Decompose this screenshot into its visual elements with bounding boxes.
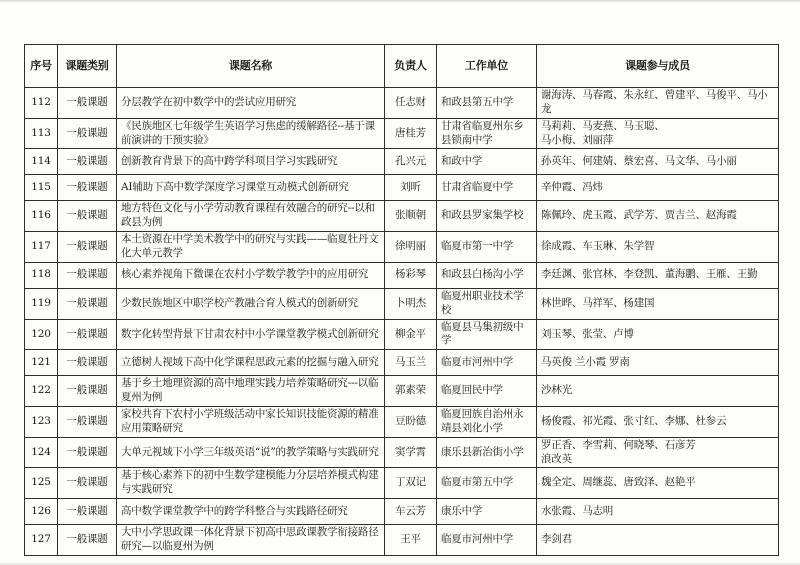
cell-category: 一般课题 bbox=[58, 288, 117, 319]
table-row: 125 一般课题 基于核心素养下的初中生数学建模能力分层培养模式构建与实践研究 … bbox=[25, 468, 779, 499]
cell-serial-number: 115 bbox=[25, 175, 58, 201]
cell-category: 一般课题 bbox=[58, 319, 117, 350]
cell-title: 《民族地区七年级学生英语学习焦虑的缓解路径--基于课前演讲的干预实验》 bbox=[117, 118, 385, 149]
cell-serial-number: 114 bbox=[25, 149, 58, 175]
cell-members: 李剑君 bbox=[537, 525, 779, 556]
cell-unit: 和政县罗家集学校 bbox=[437, 201, 537, 232]
header-serial-number: 序号 bbox=[25, 45, 58, 88]
research-topics-table: 序号 课题类别 课题名称 负责人 工作单位 课题参与成员 112 一般课题 分层… bbox=[24, 44, 779, 556]
header-topic-title: 课题名称 bbox=[117, 45, 385, 88]
cell-leader: 王平 bbox=[385, 525, 437, 556]
cell-members: 魏全定、周继蕊、唐致泽、赵艳平 bbox=[537, 468, 779, 499]
table-row: 123 一般课题 家校共育下农村小学班级活动中家长知识技能资源的精准应用策略研究… bbox=[25, 407, 779, 438]
table-row: 113 一般课题 《民族地区七年级学生英语学习焦虑的缓解路径--基于课前演讲的干… bbox=[25, 118, 779, 149]
cell-members: 辛仲霞、冯炜 bbox=[537, 175, 779, 201]
table-row: 117 一般课题 本土资源在中学美术教学中的研究与实践——临夏牡丹文化大单元教学… bbox=[25, 232, 779, 263]
cell-title: AI辅助下高中数学深度学习课堂互动模式创新研究 bbox=[117, 175, 385, 201]
cell-members: 马英俊 兰小霞 罗南 bbox=[537, 350, 779, 376]
cell-leader: 徐明丽 bbox=[385, 232, 437, 263]
cell-unit: 康乐县新治街小学 bbox=[437, 437, 537, 468]
cell-category: 一般课题 bbox=[58, 201, 117, 232]
cell-serial-number: 113 bbox=[25, 118, 58, 149]
cell-unit: 临夏州职业技术学校 bbox=[437, 288, 537, 319]
cell-members: 徐成霞、车玉琳、朱学智 bbox=[537, 232, 779, 263]
cell-unit: 甘肃省临夏中学 bbox=[437, 175, 537, 201]
cell-members: 沙林光 bbox=[537, 376, 779, 407]
cell-unit: 临夏市第五中学 bbox=[437, 468, 537, 499]
cell-members: 罗正香、李雪莉、何晓琴、石彦芳 浪改英 bbox=[537, 437, 779, 468]
table-row: 114 一般课题 创新教育背景下的高中跨学科项目学习实践研究 孔兴元 和政中学 … bbox=[25, 149, 779, 175]
cell-leader: 车云芳 bbox=[385, 499, 437, 525]
cell-serial-number: 125 bbox=[25, 468, 58, 499]
cell-leader: 杨彩琴 bbox=[385, 262, 437, 288]
cell-category: 一般课题 bbox=[58, 262, 117, 288]
cell-category: 一般课题 bbox=[58, 407, 117, 438]
cell-category: 一般课题 bbox=[58, 350, 117, 376]
cell-serial-number: 112 bbox=[25, 88, 58, 119]
cell-category: 一般课题 bbox=[58, 232, 117, 263]
cell-leader: 郭素荣 bbox=[385, 376, 437, 407]
cell-members: 杨俊霞、祁光霞、张寸红、李娜、杜参云 bbox=[537, 407, 779, 438]
cell-title: 基于核心素养下的初中生数学建模能力分层培养模式构建与实践研究 bbox=[117, 468, 385, 499]
cell-category: 一般课题 bbox=[58, 149, 117, 175]
cell-unit: 临夏市第一中学 bbox=[437, 232, 537, 263]
cell-unit: 临夏县马集初级中学 bbox=[437, 319, 537, 350]
cell-members: 李廷渊、张官林、李登凯、董海鹏、王雁、王勤 bbox=[537, 262, 779, 288]
cell-unit: 临夏回族自治州永靖县刘化小学 bbox=[437, 407, 537, 438]
header-leader: 负责人 bbox=[385, 45, 437, 88]
cell-members: 刘玉琴、张莹、卢博 bbox=[537, 319, 779, 350]
table-row: 127 一般课题 大中小学思政课一体化背景下初高中思政课教学衔接路径研究—以临夏… bbox=[25, 525, 779, 556]
cell-category: 一般课题 bbox=[58, 437, 117, 468]
cell-category: 一般课题 bbox=[58, 525, 117, 556]
table-row: 112 一般课题 分层教学在初中数学中的尝试应用研究 任志财 和政县第五中学 谢… bbox=[25, 88, 779, 119]
cell-serial-number: 126 bbox=[25, 499, 58, 525]
table-row: 120 一般课题 数字化转型背景下甘肃农村中小学课堂教学模式创新研究 柳金平 临… bbox=[25, 319, 779, 350]
cell-leader: 唐桂芳 bbox=[385, 118, 437, 149]
table-row: 126 一般课题 高中数学课堂教学中的跨学科整合与实践路径研究 车云芳 康乐中学… bbox=[25, 499, 779, 525]
header-work-unit: 工作单位 bbox=[437, 45, 537, 88]
cell-unit: 康乐中学 bbox=[437, 499, 537, 525]
cell-title: 大单元视域下小学三年级英语“说”的教学策略与实践研究 bbox=[117, 437, 385, 468]
cell-title: 数字化转型背景下甘肃农村中小学课堂教学模式创新研究 bbox=[117, 319, 385, 350]
cell-serial-number: 120 bbox=[25, 319, 58, 350]
table-row: 119 一般课题 少数民族地区中职学校产教融合育人模式的创新研究 卜明杰 临夏州… bbox=[25, 288, 779, 319]
cell-category: 一般课题 bbox=[58, 468, 117, 499]
cell-leader: 卜明杰 bbox=[385, 288, 437, 319]
cell-leader: 柳金平 bbox=[385, 319, 437, 350]
cell-title: 地方特色文化与小学劳动教育课程有效融合的研究--以和政县为例 bbox=[117, 201, 385, 232]
cell-members: 水张霞、马志明 bbox=[537, 499, 779, 525]
cell-members: 谢海涛、马春霞、朱永红、曾建平、马俊平、马小龙 bbox=[537, 88, 779, 119]
cell-serial-number: 123 bbox=[25, 407, 58, 438]
cell-title: 创新教育背景下的高中跨学科项目学习实践研究 bbox=[117, 149, 385, 175]
table-header-row: 序号 课题类别 课题名称 负责人 工作单位 课题参与成员 bbox=[25, 45, 779, 88]
cell-serial-number: 124 bbox=[25, 437, 58, 468]
cell-leader: 窦学霄 bbox=[385, 437, 437, 468]
cell-title: 高中数学课堂教学中的跨学科整合与实践路径研究 bbox=[117, 499, 385, 525]
cell-serial-number: 116 bbox=[25, 201, 58, 232]
cell-title: 家校共育下农村小学班级活动中家长知识技能资源的精准应用策略研究 bbox=[117, 407, 385, 438]
header-members: 课题参与成员 bbox=[537, 45, 779, 88]
table-row: 121 一般课题 立德树人视域下高中化学课程思政元素的挖掘与融入研究 马玉兰 临… bbox=[25, 350, 779, 376]
cell-members: 林世晔、马祥军、杨建国 bbox=[537, 288, 779, 319]
cell-title: 基于乡土地理资源的高中地理实践力培养策略研究---以临夏州为例 bbox=[117, 376, 385, 407]
table-row: 122 一般课题 基于乡土地理资源的高中地理实践力培养策略研究---以临夏州为例… bbox=[25, 376, 779, 407]
cell-unit: 和政县第五中学 bbox=[437, 88, 537, 119]
cell-leader: 刘昕 bbox=[385, 175, 437, 201]
cell-category: 一般课题 bbox=[58, 118, 117, 149]
cell-members: 马莉莉、马麦燕、马玉聪、 马小梅、刘丽萍 bbox=[537, 118, 779, 149]
cell-title: 少数民族地区中职学校产教融合育人模式的创新研究 bbox=[117, 288, 385, 319]
cell-serial-number: 119 bbox=[25, 288, 58, 319]
cell-unit: 临夏市河州中学 bbox=[437, 350, 537, 376]
table-row: 118 一般课题 核心素养视角下微课在农村小学数学教学中的应用研究 杨彩琴 和政… bbox=[25, 262, 779, 288]
cell-serial-number: 127 bbox=[25, 525, 58, 556]
cell-leader: 马玉兰 bbox=[385, 350, 437, 376]
cell-unit: 临夏回民中学 bbox=[437, 376, 537, 407]
cell-title: 本土资源在中学美术教学中的研究与实践——临夏牡丹文化大单元教学 bbox=[117, 232, 385, 263]
cell-unit: 和政县白杨沟小学 bbox=[437, 262, 537, 288]
cell-leader: 丁双记 bbox=[385, 468, 437, 499]
cell-serial-number: 118 bbox=[25, 262, 58, 288]
table-row: 124 一般课题 大单元视域下小学三年级英语“说”的教学策略与实践研究 窦学霄 … bbox=[25, 437, 779, 468]
cell-leader: 张顺朝 bbox=[385, 201, 437, 232]
table-row: 116 一般课题 地方特色文化与小学劳动教育课程有效融合的研究--以和政县为例 … bbox=[25, 201, 779, 232]
cell-leader: 任志财 bbox=[385, 88, 437, 119]
cell-category: 一般课题 bbox=[58, 499, 117, 525]
cell-serial-number: 122 bbox=[25, 376, 58, 407]
cell-unit: 临夏市河州中学 bbox=[437, 525, 537, 556]
cell-members: 孙英年、何建婧、蔡宏喜、马文华、马小丽 bbox=[537, 149, 779, 175]
header-topic-category: 课题类别 bbox=[58, 45, 117, 88]
cell-title: 核心素养视角下微课在农村小学数学教学中的应用研究 bbox=[117, 262, 385, 288]
cell-category: 一般课题 bbox=[58, 175, 117, 201]
cell-serial-number: 117 bbox=[25, 232, 58, 263]
cell-unit: 和政中学 bbox=[437, 149, 537, 175]
cell-title: 大中小学思政课一体化背景下初高中思政课教学衔接路径研究—以临夏州为例 bbox=[117, 525, 385, 556]
cell-members: 陈佩玲、虎玉霞、武学芳、贾吉兰、赵海霞 bbox=[537, 201, 779, 232]
cell-leader: 豆盼德 bbox=[385, 407, 437, 438]
scanned-document-page: 序号 课题类别 课题名称 负责人 工作单位 课题参与成员 112 一般课题 分层… bbox=[0, 0, 800, 565]
table-row: 115 一般课题 AI辅助下高中数学深度学习课堂互动模式创新研究 刘昕 甘肃省临… bbox=[25, 175, 779, 201]
cell-leader: 孔兴元 bbox=[385, 149, 437, 175]
cell-title: 分层教学在初中数学中的尝试应用研究 bbox=[117, 88, 385, 119]
cell-serial-number: 121 bbox=[25, 350, 58, 376]
cell-category: 一般课题 bbox=[58, 376, 117, 407]
cell-unit: 甘肃省临夏州东乡县锁南中学 bbox=[437, 118, 537, 149]
cell-title: 立德树人视域下高中化学课程思政元素的挖掘与融入研究 bbox=[117, 350, 385, 376]
cell-category: 一般课题 bbox=[58, 88, 117, 119]
